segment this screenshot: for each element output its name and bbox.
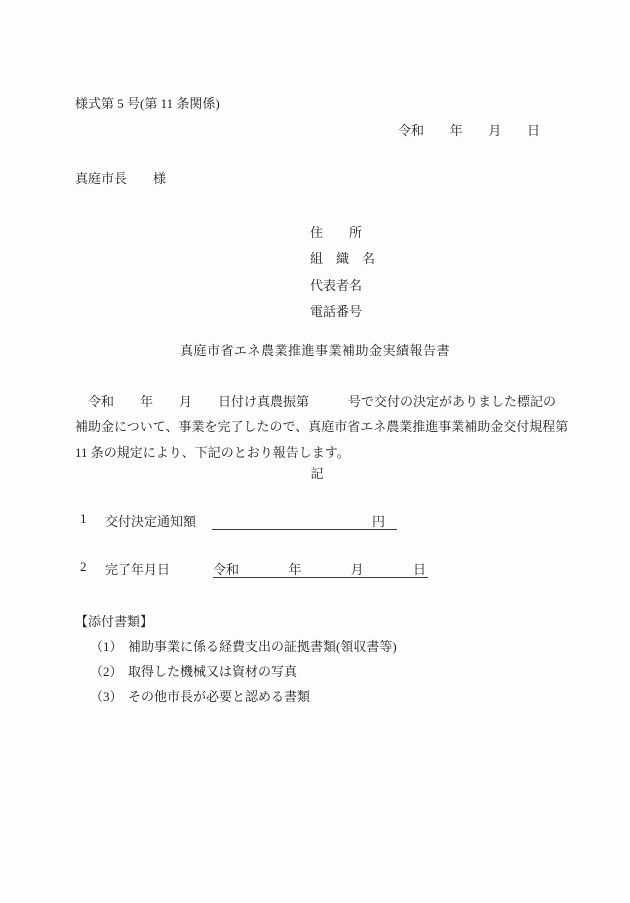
form-number: 様式第 5 号(第 11 条関係) <box>75 93 220 112</box>
ki-marker: 記 <box>0 463 630 482</box>
attachment-2-text: 取得した機械又は資材の写真 <box>128 661 297 680</box>
attachment-1-text: 補助事業に係る経費支出の証拠書類(領収書等) <box>128 636 397 655</box>
body-paragraph: 令和 年 月 日付け真農振第 号で交付の決定がありました標記の 補助金について、… <box>75 389 568 465</box>
attachment-2-number: （2） <box>90 661 123 680</box>
document-page: 様式第 5 号(第 11 条関係) 令和 年 月 日 真庭市長 様 住 所 組 … <box>0 0 630 903</box>
date-month-label: 月 <box>351 559 364 577</box>
item-2-label: 完了年月日 <box>105 559 170 578</box>
body-line-2: 補助金について、事業を完了したので、真庭市省エネ農業推進事業補助金交付規程第 <box>75 414 568 439</box>
date-year-label: 年 <box>288 559 301 577</box>
item-completion-date: 2 完了年月日 令和 年 月 日 <box>0 559 630 580</box>
attachments-heading: 【添付書類】 <box>75 611 153 630</box>
body-line-1: 令和 年 月 日付け真農振第 号で交付の決定がありました標記の <box>75 389 568 414</box>
sender-info-block: 住 所 組 織 名 代表者名 電話番号 <box>310 220 375 325</box>
attachment-3-text: その他市長が必要と認める書類 <box>128 686 310 705</box>
body-line-3: 11 条の規定により、下記のとおり報告します。 <box>75 440 568 465</box>
item-2-number: 2 <box>80 559 87 575</box>
date-era-label: 令和 <box>213 559 239 577</box>
amount-fill-in-field: 円 <box>212 511 397 530</box>
completion-date-fill-in-field: 令和 年 月 日 <box>213 559 428 578</box>
day-label: 日 <box>527 120 540 139</box>
sender-address-label: 住 所 <box>310 220 375 246</box>
year-label: 年 <box>450 120 463 139</box>
sender-representative-label: 代表者名 <box>310 273 375 299</box>
sender-organization-label: 組 織 名 <box>310 246 375 272</box>
item-1-label: 交付決定通知額 <box>105 511 196 530</box>
date-day-label: 日 <box>413 559 426 577</box>
document-date-line: 令和 年 月 日 <box>398 120 540 139</box>
attachment-3-number: （3） <box>90 686 123 705</box>
era-label: 令和 <box>398 120 424 139</box>
attachment-1-number: （1） <box>90 636 123 655</box>
document-title: 真庭市省エネ農業推進事業補助金実績報告書 <box>0 340 630 359</box>
sender-phone-label: 電話番号 <box>310 299 375 325</box>
item-1-number: 1 <box>80 511 87 527</box>
yen-unit-label: 円 <box>372 514 385 529</box>
item-grant-decision-amount: 1 交付決定通知額 円 <box>0 511 630 532</box>
month-label: 月 <box>488 120 501 139</box>
addressee-line: 真庭市長 様 <box>75 168 166 187</box>
